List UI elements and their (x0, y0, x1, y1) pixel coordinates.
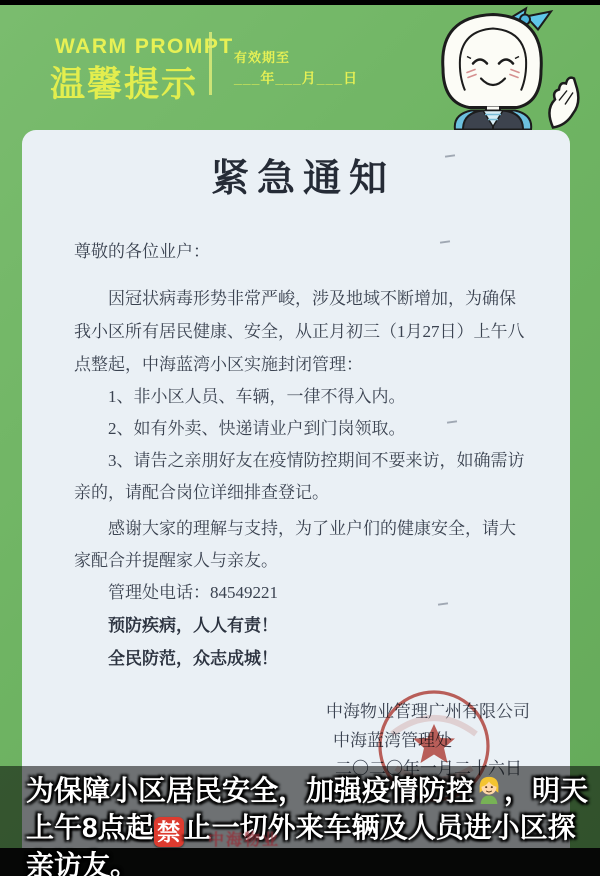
watermark: 中海物业 (208, 827, 280, 850)
notice-phone: 管理处电话：84549221 (74, 577, 532, 609)
forbid-emoji: 禁 (154, 817, 184, 847)
poster-photo: WARM PROMPT 温馨提示 有效期至 ___年___月___日 (0, 5, 600, 848)
notice-paper: 紧急通知 尊敬的各位业户： 因冠状病毒形势非常严峻，涉及地域不断增加，为确保我小… (22, 130, 570, 855)
waving-girl-illustration (405, 6, 580, 130)
header-divider (209, 32, 212, 95)
notice-title: 紧急通知 (74, 156, 532, 202)
validity-date-blanks: ___年___月___日 (234, 68, 358, 88)
header-title-zh: 温馨提示 (50, 57, 198, 107)
woman-emoji (474, 774, 504, 804)
validity-label: 有效期至 (234, 47, 290, 66)
notice-slogan-2: 全民防范，众志成城！ (74, 642, 532, 675)
caption-text: 为保障小区居民安全，加强疫情防控，明天上午8点起禁止一切外来车辆及人员进小区探亲… (26, 772, 590, 876)
notice-rule-2: 2、如有外卖、快递请业户到门岗领取。 (74, 413, 532, 445)
caption-bar: 为保障小区居民安全，加强疫情防控，明天上午8点起禁止一切外来车辆及人员进小区探亲… (0, 766, 600, 876)
notice-salutation: 尊敬的各位业户： (74, 236, 532, 268)
notice-rule-3: 3、请告之亲朋好友在疫情防控期间不要来访，如确需访亲的，请配合岗位详细排查登记。 (74, 445, 532, 509)
notice-rule-1: 1、非小区人员、车辆，一律不得入内。 (74, 381, 532, 413)
notice-thanks: 感谢大家的理解与支持，为了业户们的健康安全，请大家配合并提醒家人与亲友。 (74, 513, 532, 577)
header-title-en: WARM PROMPT (55, 35, 234, 59)
notice-slogan-1: 预防疾病，人人有责！ (74, 609, 532, 642)
caption-part1: 为保障小区居民安全，加强疫情防控 (26, 775, 474, 806)
notice-intro: 因冠状病毒形势非常严峻，涉及地域不断增加，为确保我小区所有居民健康、安全，从正月… (74, 282, 532, 381)
screenshot-root: WARM PROMPT 温馨提示 有效期至 ___年___月___日 (0, 0, 600, 876)
